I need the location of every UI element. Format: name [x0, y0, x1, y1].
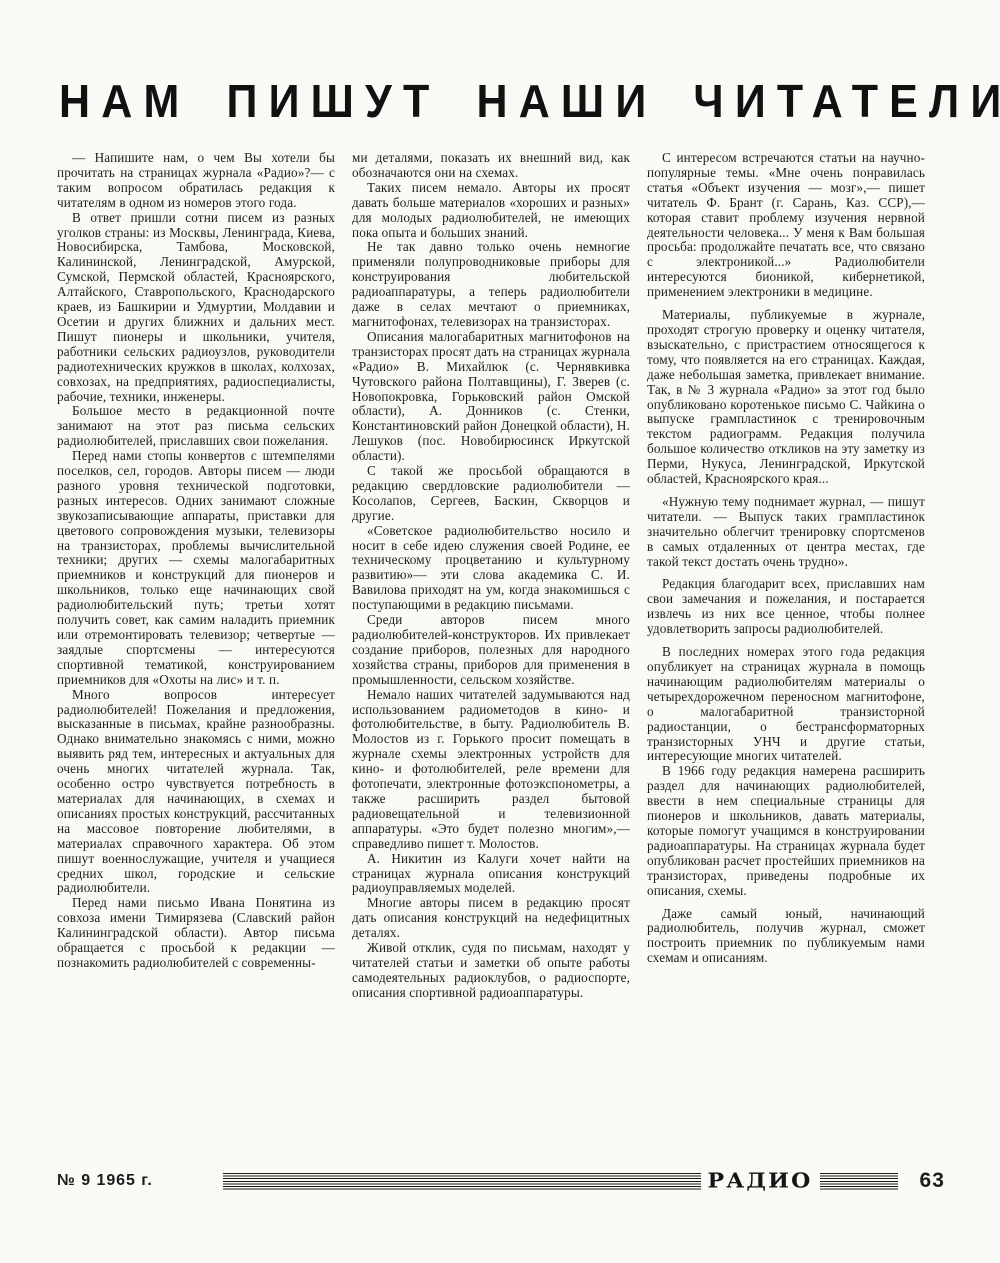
paragraph: ми деталями, показать их внешний вид, ка…	[352, 151, 630, 181]
paragraph: В 1966 году редакция намерена расширить …	[647, 764, 925, 898]
paragraph: Перед нами стопы конвертов с штемпелями …	[57, 449, 335, 688]
paragraph: Большое место в редакционной почте заним…	[57, 404, 335, 449]
paragraph: Описания малогабаритных магнитофонов на …	[352, 330, 630, 464]
page-number: 63	[920, 1169, 945, 1193]
footer-rule-right	[820, 1173, 898, 1190]
footer-rule-left	[223, 1173, 701, 1190]
issue-label: № 9 1965 г.	[57, 1172, 153, 1190]
column-3: С интересом встречаются статьи на научно…	[647, 151, 925, 966]
paragraph: С такой же просьбой обращаются в редакци…	[352, 464, 630, 524]
paragraph: В последних номерах этого года редакция …	[647, 645, 925, 764]
paragraph: Перед нами письмо Ивана Понятина из совх…	[57, 896, 335, 971]
paragraph: «Нужную тему поднимает журнал, — пишут ч…	[647, 495, 925, 570]
paragraph: Не так давно только очень немногие приме…	[352, 240, 630, 329]
paragraph: Среди авторов писем много радиолюбителей…	[352, 613, 630, 688]
paragraph: Редакция благодарит всех, приславших нам…	[647, 577, 925, 637]
paragraph: С интересом встречаются статьи на научно…	[647, 151, 925, 300]
paragraph: В ответ пришли сотни писем из разных уго…	[57, 211, 335, 405]
page-title: НАМ ПИШУТ НАШИ ЧИТАТЕЛИ	[59, 76, 945, 129]
paragraph: Много вопросов интересует радиолюбителей…	[57, 688, 335, 897]
article-body: — Напишите нам, о чем Вы хотели бы прочи…	[57, 151, 945, 1001]
paragraph: — Напишите нам, о чем Вы хотели бы прочи…	[57, 151, 335, 211]
paragraph: «Советское радиолюбительство носило и но…	[352, 524, 630, 613]
magazine-logo: РАДИО	[701, 1169, 820, 1194]
paragraph: Даже самый юный, начинающий радиолюбител…	[647, 907, 925, 967]
column-2: ми деталями, показать их внешний вид, ка…	[352, 151, 630, 1001]
page-footer: № 9 1965 г. РАДИО 63	[57, 1168, 945, 1194]
paragraph: А. Никитин из Калуги хочет найти на стра…	[352, 852, 630, 897]
paragraph: Материалы, публикуемые в журнале, проход…	[647, 308, 925, 487]
paragraph: Немало наших читателей задумываются над …	[352, 688, 630, 852]
paragraph: Многие авторы писем в редакцию просят да…	[352, 896, 630, 941]
paragraph: Таких писем немало. Авторы их просят дав…	[352, 181, 630, 241]
magazine-page: НАМ ПИШУТ НАШИ ЧИТАТЕЛИ — Напишите нам, …	[0, 0, 1000, 1263]
paragraph: Живой отклик, судя по письмам, находят у…	[352, 941, 630, 1001]
column-1: — Напишите нам, о чем Вы хотели бы прочи…	[57, 151, 335, 971]
